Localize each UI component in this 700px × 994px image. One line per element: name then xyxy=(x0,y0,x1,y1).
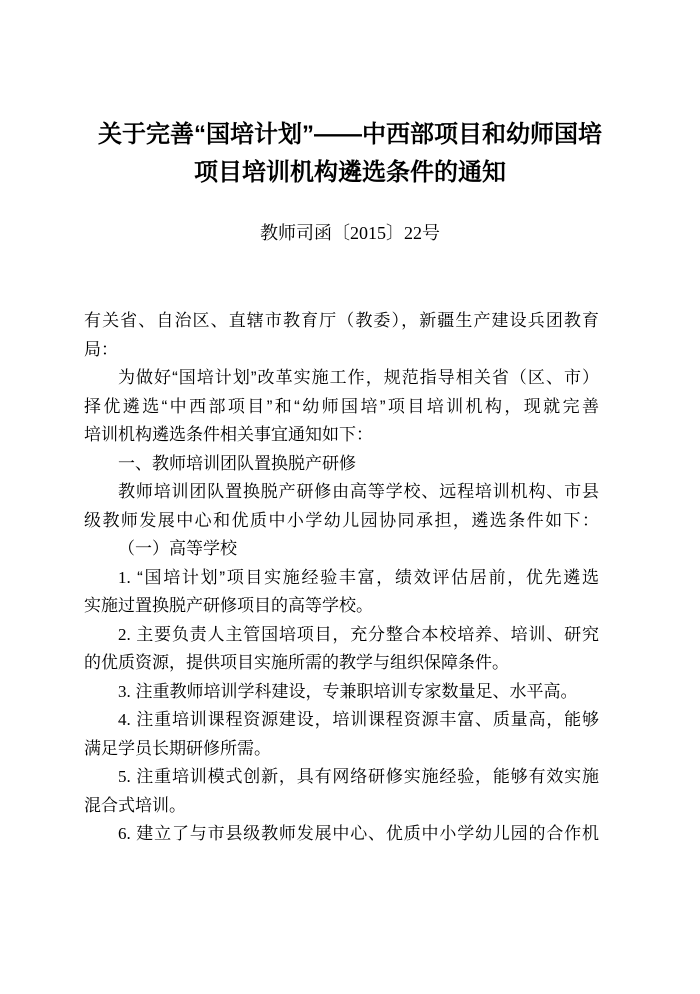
body-line: 满足学员长期研修所需。 xyxy=(84,735,599,764)
body-line: 培训机构遴选条件相关事宜通知如下： xyxy=(84,421,599,450)
body-line: 为做好“国培计划”改革实施工作，规范指导相关省（区、市） xyxy=(84,364,599,393)
body-line: 教师培训团队置换脱产研修由高等学校、远程培训机构、市县 xyxy=(84,478,599,507)
body-line: 择优遴选“中西部项目”和“幼师国培”项目培训机构，现就完善 xyxy=(84,393,599,422)
body-line: 1. “国培计划”项目实施经验丰富，绩效评估居前，优先遴选 xyxy=(84,564,599,593)
document-page: 关于完善“国培计划”——中西部项目和幼师国培 项目培训机构遴选条件的通知 教师司… xyxy=(0,0,700,994)
title-line: 项目培训机构遴选条件的通知 xyxy=(84,154,616,192)
body-line: 一、教师培训团队置换脱产研修 xyxy=(84,450,599,479)
body-line: 2. 主要负责人主管国培项目，充分整合本校培养、培训、研究 xyxy=(84,621,599,650)
document-number: 教师司函〔2015〕22号 xyxy=(84,220,616,246)
document-body: 有关省、自治区、直辖市教育厅（教委），新疆生产建设兵团教育局：为做好“国培计划”… xyxy=(84,307,599,849)
body-line: 5. 注重培训模式创新，具有网络研修实施经验，能够有效实施 xyxy=(84,763,599,792)
title-line: 关于完善“国培计划”——中西部项目和幼师国培 xyxy=(84,116,616,154)
document-title: 关于完善“国培计划”——中西部项目和幼师国培 项目培训机构遴选条件的通知 xyxy=(84,116,616,192)
body-line: 有关省、自治区、直辖市教育厅（教委），新疆生产建设兵团教育 xyxy=(84,307,599,336)
body-line: 4. 注重培训课程资源建设，培训课程资源丰富、质量高，能够 xyxy=(84,706,599,735)
body-line: 6. 建立了与市县级教师发展中心、优质中小学幼儿园的合作机 xyxy=(84,820,599,849)
body-line: 的优质资源，提供项目实施所需的教学与组织保障条件。 xyxy=(84,649,599,678)
body-line: 局： xyxy=(84,336,599,365)
body-line: （一）高等学校 xyxy=(84,535,599,564)
body-line: 级教师发展中心和优质中小学幼儿园协同承担，遴选条件如下： xyxy=(84,507,599,536)
body-line: 混合式培训。 xyxy=(84,792,599,821)
body-line: 实施过置换脱产研修项目的高等学校。 xyxy=(84,592,599,621)
body-line: 3. 注重教师培训学科建设，专兼职培训专家数量足、水平高。 xyxy=(84,678,599,707)
